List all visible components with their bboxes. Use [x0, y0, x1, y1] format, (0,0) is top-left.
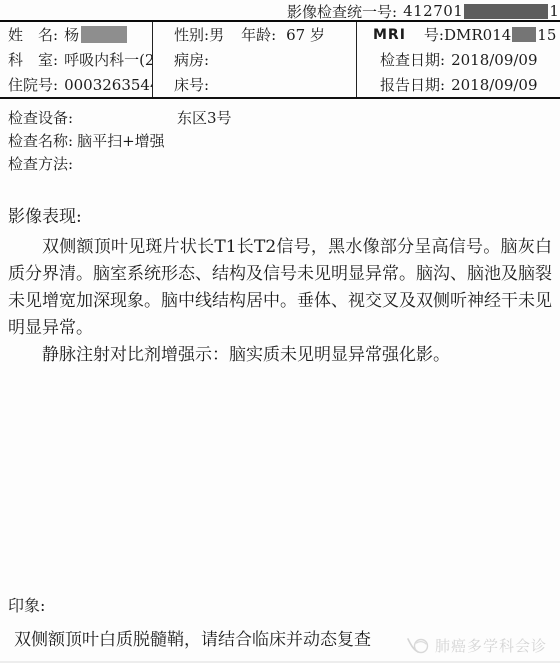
age-label: 年龄: [241, 24, 276, 45]
impression-text: 双侧额顶叶白质脱髓鞘，请结合临床并动态复查 [8, 625, 428, 650]
watermark-text: 肺癌多学科会诊 [435, 635, 547, 656]
exam-name-label: 检查名称: [8, 130, 73, 151]
department-value: 呼吸内科一(2 [64, 49, 152, 70]
ward-label: 病房: [174, 49, 209, 70]
exam-name-row: 检查名称: 脑平扫+增强 [8, 129, 556, 152]
unified-exam-number-suffix: 11 [549, 2, 560, 20]
patient-name-cell: 姓 名: 杨 [0, 22, 152, 47]
exam-name-value: 脑平扫+增强 [77, 130, 165, 151]
exam-device-label: 检查设备: [8, 107, 177, 128]
admission-number-cell: 住院号: 0003263544 [0, 72, 152, 97]
mri-number-suffix: 15 [537, 26, 556, 44]
exam-info-section: 检查设备: 东区3号 检查名称: 脑平扫+增强 检查方法: [8, 106, 556, 175]
unified-exam-number-prefix: 412701 [403, 2, 463, 20]
patient-name-value: 杨 [64, 24, 79, 45]
imaging-findings-heading: 影像表现: [8, 204, 552, 231]
watermark: 肺癌多学科会诊 [406, 635, 547, 656]
department-cell: 科 室: 呼吸内科一(2 [0, 47, 152, 72]
admission-number-label: 住院号: [8, 74, 58, 95]
report-date-value: 2018/09/09 [451, 76, 537, 94]
exam-device-value: 东区3号 [177, 107, 232, 128]
exam-method-label: 检查方法: [8, 153, 73, 174]
mri-number-label: 号: [424, 24, 444, 45]
ward-cell: 病房: [152, 47, 356, 72]
patient-info-table: 姓 名: 杨 性别: 男 年龄: 67 岁 MRI 号: DMR014 15 科… [0, 22, 560, 99]
unified-exam-number: 影像检查统一号: 412701 11 [287, 2, 560, 20]
impression-section: 印象: 双侧额顶叶白质脱髓鞘，请结合临床并动态复查 [8, 593, 428, 650]
redaction-box-patient-name [81, 26, 127, 43]
imaging-findings-section: 影像表现: 双侧额顶叶见斑片状长T1长T2信号，黑水像部分呈高信号。脑灰白质分界… [8, 204, 552, 369]
admission-number-value: 0003263544 [64, 76, 152, 94]
exam-date-value: 2018/09/09 [451, 51, 537, 69]
exam-method-row: 检查方法: [8, 152, 556, 175]
redaction-box-unified-number [464, 4, 548, 19]
mri-label: MRI [373, 27, 406, 43]
imaging-findings-paragraph-1: 双侧额顶叶见斑片状长T1长T2信号，黑水像部分呈高信号。脑灰白质分界清。脑室系统… [8, 234, 552, 342]
mri-number-cell: MRI 号: DMR014 15 [356, 22, 560, 47]
redaction-box-mri-number [512, 27, 536, 42]
unified-exam-number-label: 影像检查统一号: [287, 1, 397, 22]
report-date-label: 报告日期: [380, 74, 445, 95]
department-label: 科 室: [8, 49, 58, 70]
exam-date-label: 检查日期: [380, 49, 445, 70]
radiology-report-page: 影像检查统一号: 412701 11 姓 名: 杨 性别: 男 年龄: 67 岁… [0, 0, 560, 663]
exam-device-row: 检查设备: 东区3号 [8, 106, 556, 129]
report-date-cell: 报告日期: 2018/09/09 [356, 72, 560, 97]
mri-number-prefix: DMR014 [444, 26, 511, 44]
gender-age-cell: 性别: 男 年龄: 67 岁 [152, 22, 356, 47]
exam-date-cell: 检查日期: 2018/09/09 [356, 47, 560, 72]
gender-label: 性别: [174, 24, 209, 45]
impression-heading: 印象: [8, 593, 428, 616]
bed-number-label: 床号: [174, 74, 209, 95]
bed-number-cell: 床号: [152, 72, 356, 97]
mdt-logo-icon [406, 636, 430, 656]
patient-name-label: 姓 名: [8, 24, 58, 45]
gender-value: 男 [209, 24, 224, 45]
imaging-findings-paragraph-2: 静脉注射对比剂增强示：脑实质未见明显异常强化影。 [8, 342, 552, 369]
age-value: 67 岁 [286, 24, 325, 45]
